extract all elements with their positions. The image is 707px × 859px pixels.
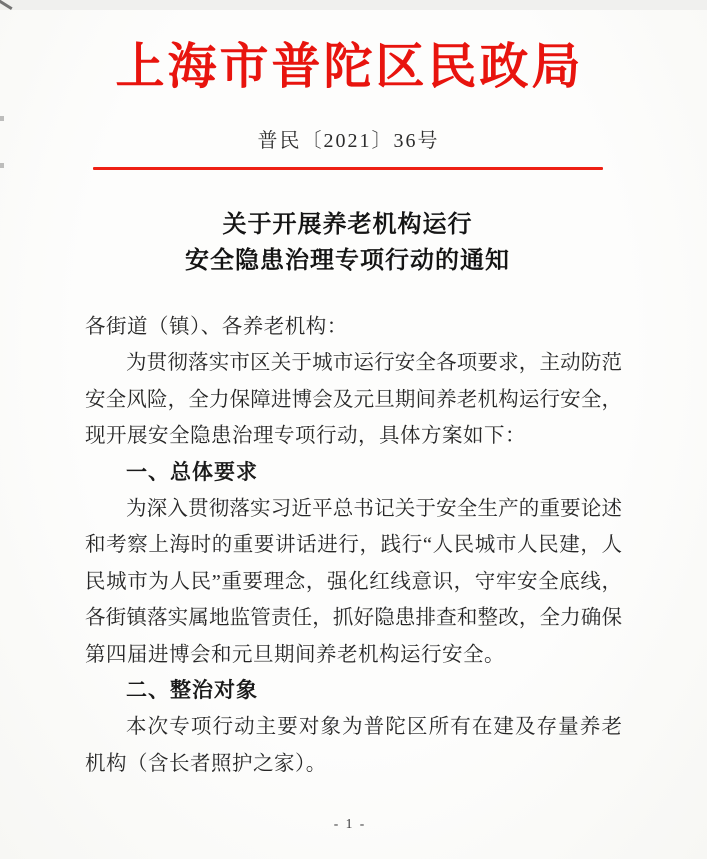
- document-body: 各街道（镇）、各养老机构： 为贯彻落实市区关于城市运行安全各项要求，主动防范 安…: [85, 309, 622, 782]
- body-line: 本次专项行动主要对象为普陀区所有在建及存量养老: [85, 709, 622, 745]
- document-title: 关于开展养老机构运行 安全隐患治理专项行动的通知: [0, 207, 695, 279]
- body-line: 为贯彻落实市区关于城市运行安全各项要求，主动防范: [85, 345, 622, 381]
- body-line: 和考察上海时的重要讲话进行，践行“人民城市人民建，人: [85, 527, 622, 563]
- document-number: 普民〔2021〕36号: [0, 128, 697, 154]
- body-line: 现开展安全隐患治理专项行动，具体方案如下：: [85, 418, 622, 454]
- body-line: 第四届进博会和元旦期间养老机构运行安全。: [85, 637, 622, 673]
- body-line: 机构（含长者照护之家）。: [85, 746, 622, 782]
- red-divider-line: [93, 167, 603, 170]
- section-heading-1: 一、总体要求: [85, 455, 622, 491]
- scan-edge-speck: [0, 116, 4, 121]
- agency-name-header: 上海市普陀区民政局: [0, 37, 699, 97]
- body-line: 为深入贯彻落实习近平总书记关于安全生产的重要论述: [85, 491, 622, 527]
- section-heading-2: 二、整治对象: [85, 673, 622, 709]
- scan-edge-speck: [0, 163, 4, 168]
- body-line: 各街镇落实属地监管责任，抓好隐患排查和整改，全力确保: [85, 600, 622, 636]
- body-line: 安全风险，全力保障进博会及元旦期间养老机构运行安全，: [85, 382, 622, 418]
- salutation-line: 各街道（镇）、各养老机构：: [85, 309, 622, 345]
- document-title-line1: 关于开展养老机构运行: [0, 207, 695, 243]
- body-line: 民城市为人民”重要理念，强化红线意识，守牢安全底线，: [85, 564, 622, 600]
- scan-top-edge-band: [0, 0, 707, 10]
- document-title-line2: 安全隐患治理专项行动的通知: [0, 243, 695, 279]
- page-number: - 1 -: [0, 816, 707, 832]
